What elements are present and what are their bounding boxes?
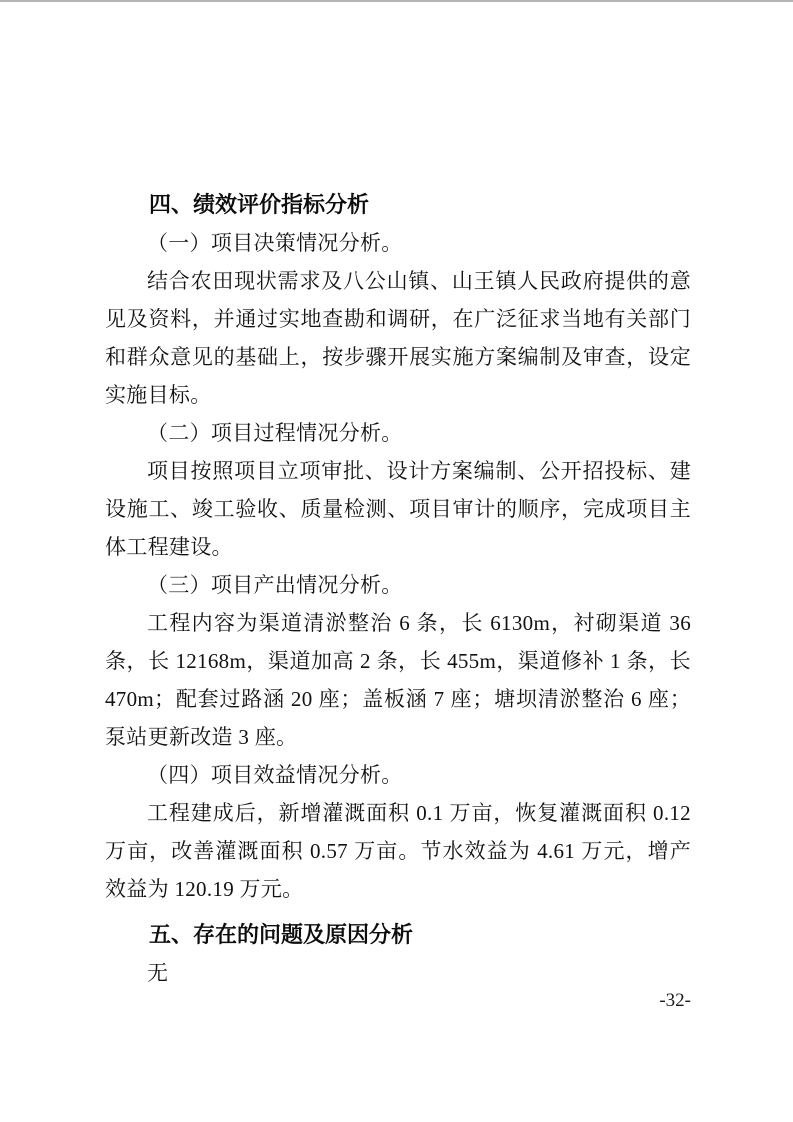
section-heading-problems-and-cause-analysis: 五、存在的问题及原因分析 — [105, 916, 691, 954]
paragraph-project-decision-detail: 结合农田现状需求及八公山镇、山王镇人民政府提供的意见及资料，并通过实地查勘和调研… — [105, 262, 691, 414]
subsection-heading-project-decision-analysis: （一）项目决策情况分析。 — [105, 224, 691, 262]
section-heading-performance-indicator-analysis: 四、绩效评价指标分析 — [105, 186, 691, 224]
paragraph-project-output-detail: 工程内容为渠道清淤整治 6 条，长 6130m，衬砌渠道 36 条，长 1216… — [105, 604, 691, 756]
paragraph-project-benefit-detail: 工程建成后，新增灌溉面积 0.1 万亩，恢复灌溉面积 0.12 万亩，改善灌溉面… — [105, 794, 691, 908]
subsection-heading-project-benefit-analysis: （四）项目效益情况分析。 — [105, 756, 691, 794]
paragraph-project-process-detail: 项目按照项目立项审批、设计方案编制、公开招投标、建设施工、竣工验收、质量检测、项… — [105, 452, 691, 566]
subsection-heading-project-output-analysis: （三）项目产出情况分析。 — [105, 566, 691, 604]
document-page: { "content": { "blocks": [ { "type": "he… — [0, 0, 793, 1122]
document-body: 四、绩效评价指标分析 （一）项目决策情况分析。 结合农田现状需求及八公山镇、山王… — [105, 186, 691, 992]
subsection-heading-project-process-analysis: （二）项目过程情况分析。 — [105, 414, 691, 452]
page-top-edge-line — [0, 0, 793, 2]
paragraph-none: 无 — [105, 954, 691, 992]
page-number: -32- — [105, 988, 691, 1014]
